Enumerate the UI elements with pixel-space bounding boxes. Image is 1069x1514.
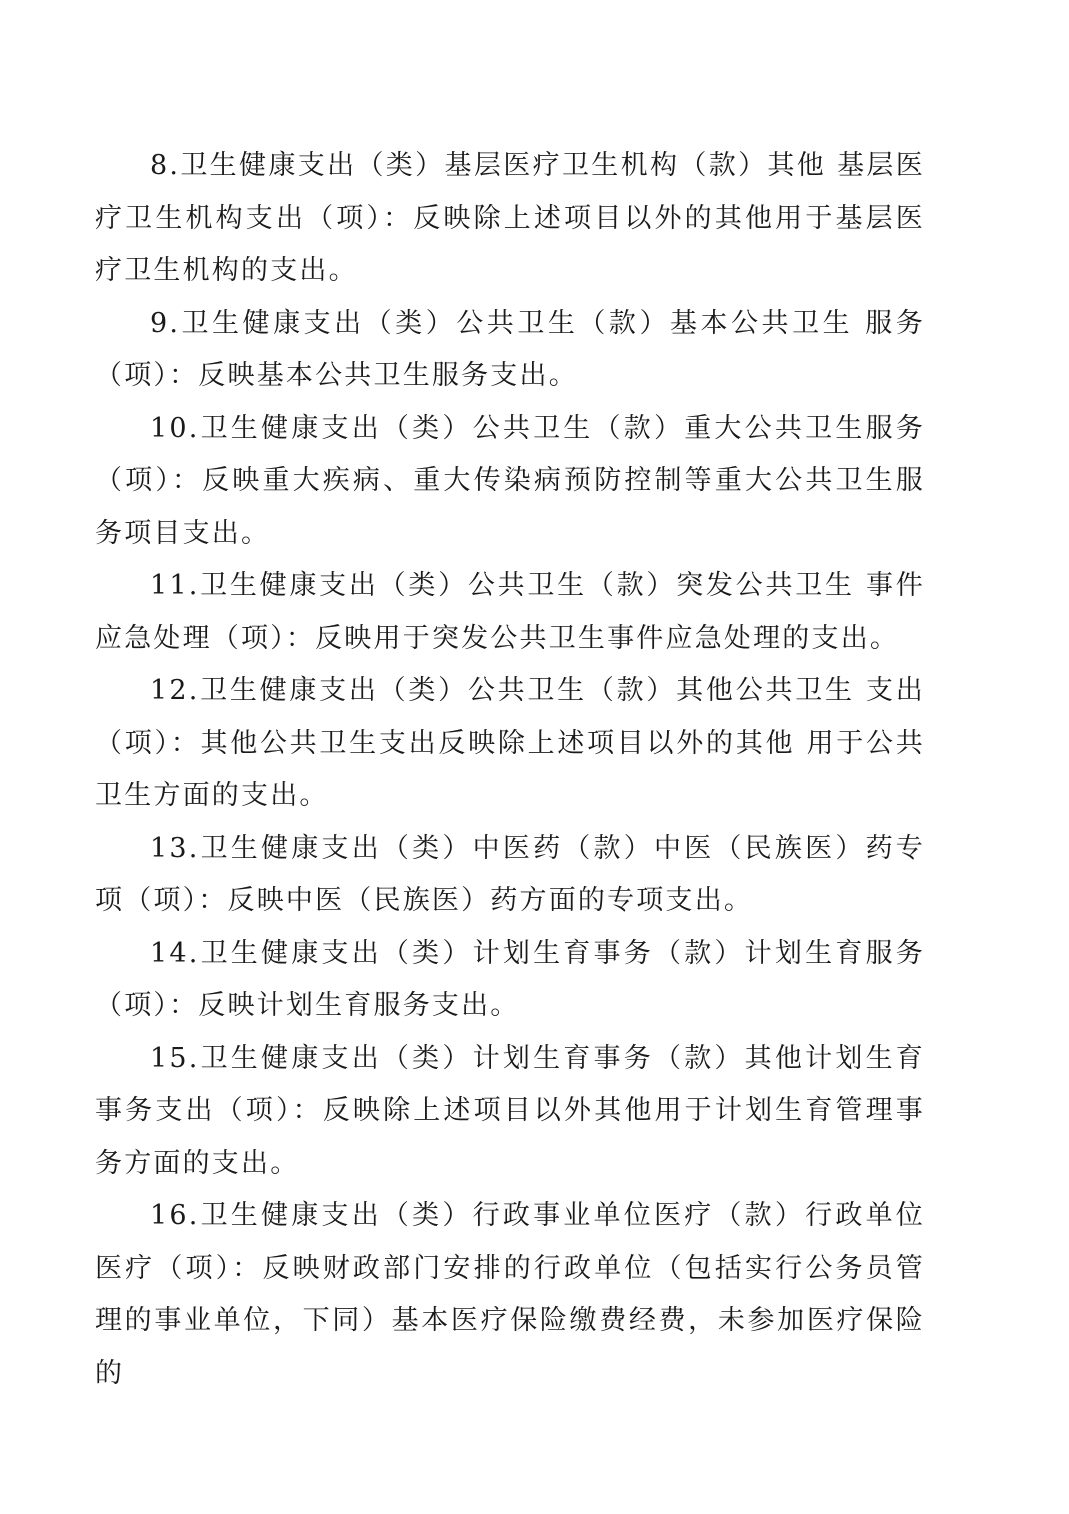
paragraph-item-8: 8.卫生健康支出（类）基层医疗卫生机构（款）其他 基层医疗卫生机构支出（项）：反… <box>95 140 925 298</box>
paragraph-item-11: 11.卫生健康支出（类）公共卫生（款）突发公共卫生 事件应急处理（项）：反映用于… <box>95 560 925 665</box>
paragraph-item-15: 15.卫生健康支出（类）计划生育事务（款）其他计划生育事务支出（项）：反映除上述… <box>95 1033 925 1191</box>
paragraph-item-16: 16.卫生健康支出（类）行政事业单位医疗（款）行政单位医疗（项）：反映财政部门安… <box>95 1190 925 1400</box>
document-page: 8.卫生健康支出（类）基层医疗卫生机构（款）其他 基层医疗卫生机构支出（项）：反… <box>95 140 925 1400</box>
paragraph-item-14: 14.卫生健康支出（类）计划生育事务（款）计划生育服务（项）：反映计划生育服务支… <box>95 928 925 1033</box>
paragraph-item-9: 9.卫生健康支出（类）公共卫生（款）基本公共卫生 服务（项）：反映基本公共卫生服… <box>95 298 925 403</box>
paragraph-item-10: 10.卫生健康支出（类）公共卫生（款）重大公共卫生服务（项）：反映重大疾病、重大… <box>95 403 925 561</box>
paragraph-item-13: 13.卫生健康支出（类）中医药（款）中医（民族医）药专项（项）：反映中医（民族医… <box>95 823 925 928</box>
paragraph-item-12: 12.卫生健康支出（类）公共卫生（款）其他公共卫生 支出（项）：其他公共卫生支出… <box>95 665 925 823</box>
